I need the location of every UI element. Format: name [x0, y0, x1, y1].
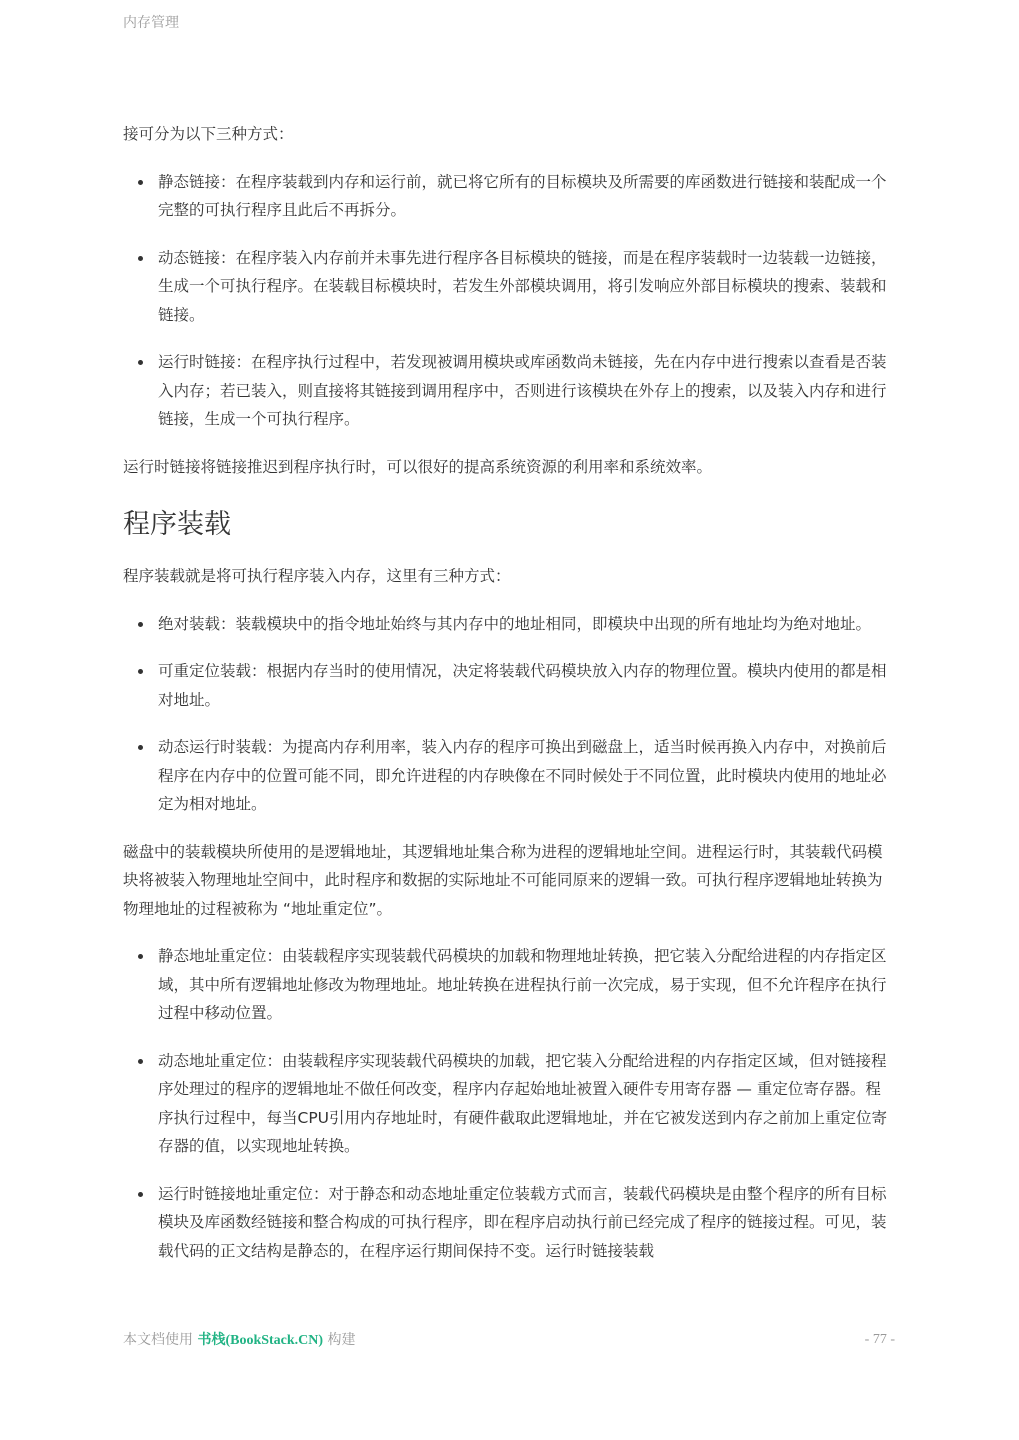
page-footer: 本文档使用 书栈(BookStack.CN) 构建 - 77 - — [123, 1330, 895, 1351]
bullet-icon — [138, 954, 143, 959]
bullet-icon — [138, 360, 143, 365]
bullet-icon — [138, 622, 143, 627]
list-item-text: 可重定位装载：根据内存当时的使用情况，决定将装载代码模块放入内存的物理位置。模块… — [158, 662, 887, 709]
linking-summary: 运行时链接将链接推迟到程序执行时，可以很好的提高系统资源的利用率和系统效率。 — [123, 453, 893, 482]
bullet-icon — [138, 180, 143, 185]
linking-types-list: 静态链接：在程序装载到内存和运行前，就已将它所有的目标模块及所需要的库函数进行链… — [123, 168, 893, 434]
bookstack-link[interactable]: 书栈(BookStack.CN) — [197, 1333, 323, 1348]
bullet-icon — [138, 1192, 143, 1197]
list-item-text: 静态地址重定位：由装载程序实现装载代码模块的加载和物理地址转换，把它装入分配给进… — [158, 947, 887, 1022]
loading-intro: 程序装载就是将可执行程序装入内存，这里有三种方式： — [123, 562, 893, 591]
list-item-text: 绝对装载：装载模块中的指令地址始终与其内存中的地址相同，即模块中出现的所有地址均… — [158, 615, 871, 633]
section-title-program-loading: 程序装载 — [123, 507, 893, 543]
footer-prefix: 本文档使用 — [123, 1332, 197, 1348]
list-item-text: 运行时链接：在程序执行过程中，若发现被调用模块或库函数尚未链接，先在内存中进行搜… — [158, 353, 887, 428]
bullet-icon — [138, 669, 143, 674]
list-item-text: 动态运行时装载：为提高内存利用率，装入内存的程序可换出到磁盘上，适当时候再换入内… — [158, 738, 887, 813]
list-item-dynamic-relocation: 动态地址重定位：由装载程序实现装载代码模块的加载，把它装入分配给进程的内存指定区… — [123, 1047, 893, 1161]
bullet-icon — [138, 745, 143, 750]
list-item-text: 动态链接：在程序装入内存前并未事先进行程序各目标模块的链接，而是在程序装载时一边… — [158, 249, 887, 324]
list-item-relocatable-loading: 可重定位装载：根据内存当时的使用情况，决定将装载代码模块放入内存的物理位置。模块… — [123, 657, 893, 714]
loading-types-list: 绝对装载：装载模块中的指令地址始终与其内存中的地址相同，即模块中出现的所有地址均… — [123, 610, 893, 819]
list-item-text: 静态链接：在程序装载到内存和运行前，就已将它所有的目标模块及所需要的库函数进行链… — [158, 173, 887, 220]
list-item-text: 动态地址重定位：由装载程序实现装载代码模块的加载，把它装入分配给进程的内存指定区… — [158, 1052, 887, 1156]
list-item-runtime-linking: 运行时链接：在程序执行过程中，若发现被调用模块或库函数尚未链接，先在内存中进行搜… — [123, 348, 893, 434]
running-header-chapter: 内存管理 — [123, 13, 179, 33]
bullet-icon — [138, 256, 143, 261]
linking-intro: 接可分为以下三种方式： — [123, 120, 893, 149]
document-body: 接可分为以下三种方式： 静态链接：在程序装载到内存和运行前，就已将它所有的目标模… — [123, 120, 893, 1265]
relocation-intro: 磁盘中的装载模块所使用的是逻辑地址，其逻辑地址集合称为进程的逻辑地址空间。进程运… — [123, 838, 893, 924]
bullet-icon — [138, 1059, 143, 1064]
relocation-types-list: 静态地址重定位：由装载程序实现装载代码模块的加载和物理地址转换，把它装入分配给进… — [123, 942, 893, 1265]
list-item-runtime-link-relocation: 运行时链接地址重定位：对于静态和动态地址重定位装载方式而言，装载代码模块是由整个… — [123, 1180, 893, 1266]
page-number: - 77 - — [865, 1330, 895, 1350]
list-item-absolute-loading: 绝对装载：装载模块中的指令地址始终与其内存中的地址相同，即模块中出现的所有地址均… — [123, 610, 893, 639]
footer-credit: 本文档使用 书栈(BookStack.CN) 构建 — [123, 1330, 356, 1351]
list-item-text: 运行时链接地址重定位：对于静态和动态地址重定位装载方式而言，装载代码模块是由整个… — [158, 1185, 887, 1260]
list-item-dynamic-runtime-loading: 动态运行时装载：为提高内存利用率，装入内存的程序可换出到磁盘上，适当时候再换入内… — [123, 733, 893, 819]
list-item-static-linking: 静态链接：在程序装载到内存和运行前，就已将它所有的目标模块及所需要的库函数进行链… — [123, 168, 893, 225]
footer-suffix: 构建 — [323, 1332, 355, 1348]
list-item-dynamic-linking: 动态链接：在程序装入内存前并未事先进行程序各目标模块的链接，而是在程序装载时一边… — [123, 244, 893, 330]
list-item-static-relocation: 静态地址重定位：由装载程序实现装载代码模块的加载和物理地址转换，把它装入分配给进… — [123, 942, 893, 1028]
